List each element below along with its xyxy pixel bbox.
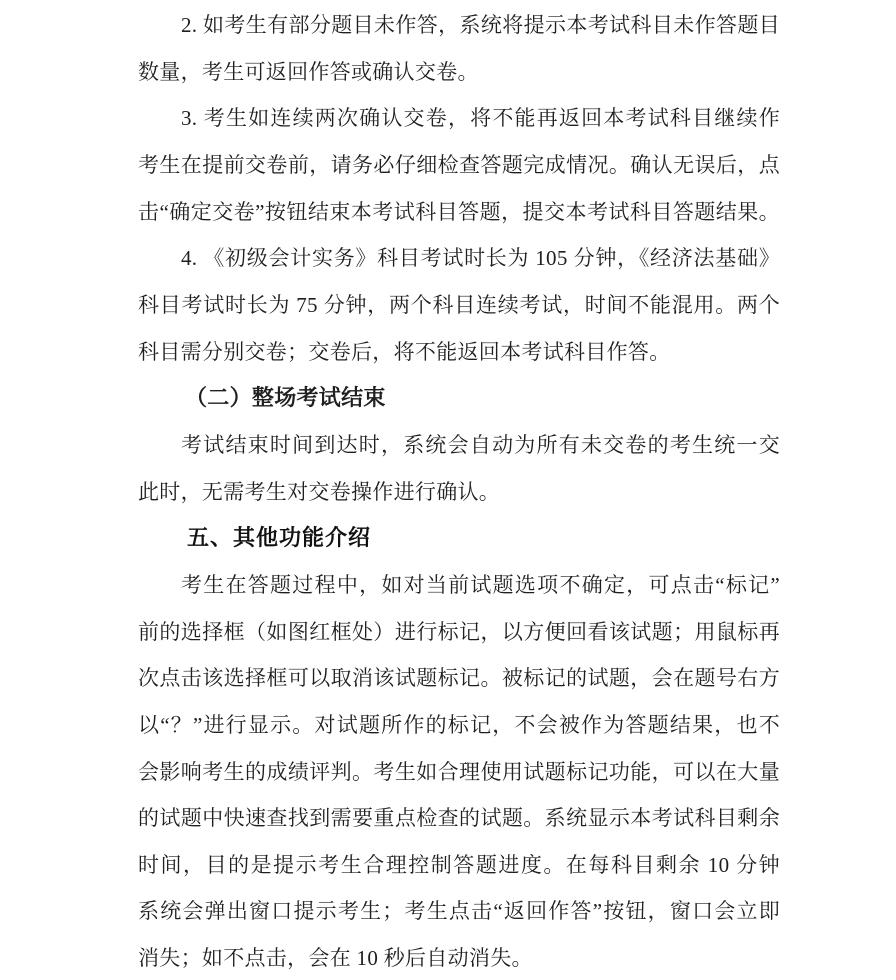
text-line: 考试结束时间到达时，系统会自动为所有未交卷的考生统一交卷。 bbox=[138, 422, 780, 469]
text-line: 科目考试时长为 75 分钟，两个科目连续考试，时间不能混用。两个 bbox=[138, 282, 780, 329]
text-line: 以“？”进行显示。对试题所作的标记，不会被作为答题结果，也不 bbox=[138, 702, 780, 749]
text-line: 此时，无需考生对交卷操作进行确认。 bbox=[138, 469, 780, 516]
text-line: 会影响考生的成绩评判。考生如合理使用试题标记功能，可以在大量 bbox=[138, 749, 780, 796]
subsection-heading: （二）整场考试结束 bbox=[138, 375, 780, 422]
text-line: 的试题中快速查找到需要重点检查的试题。系统显示本考试科目剩余 bbox=[138, 795, 780, 842]
text-line: 击“确定交卷”按钮结束本考试科目答题，提交本考试科目答题结果。 bbox=[138, 189, 780, 236]
text-line: 2. 如考生有部分题目未作答，系统将提示本考试科目未作答题目 bbox=[138, 2, 780, 49]
text-line: 考生在答题过程中，如对当前试题选项不确定，可点击“标记” bbox=[138, 562, 780, 609]
document-page: 2. 如考生有部分题目未作答，系统将提示本考试科目未作答题目 数量，考生可返回作… bbox=[0, 0, 896, 980]
text-line: 次点击该选择框可以取消该试题标记。被标记的试题，会在题号右方 bbox=[138, 655, 780, 702]
text-line: 消失；如不点击，会在 10 秒后自动消失。 bbox=[138, 935, 780, 980]
text-line: 数量，考生可返回作答或确认交卷。 bbox=[138, 49, 780, 96]
text-line: 3. 考生如连续两次确认交卷，将不能再返回本考试科目继续作答。 bbox=[138, 95, 780, 142]
text-line: 科目需分别交卷；交卷后，将不能返回本考试科目作答。 bbox=[138, 329, 780, 376]
text-line: 系统会弹出窗口提示考生；考生点击“返回作答”按钮，窗口会立即 bbox=[138, 888, 780, 935]
section-heading: 五、其他功能介绍 bbox=[138, 515, 780, 562]
text-line: 考生在提前交卷前，请务必仔细检查答题完成情况。确认无误后，点 bbox=[138, 142, 780, 189]
text-line: 时间，目的是提示考生合理控制答题进度。在每科目剩余 10 分钟时， bbox=[138, 842, 780, 889]
text-line: 前的选择框（如图红框处）进行标记，以方便回看该试题；用鼠标再 bbox=[138, 609, 780, 656]
document-text-column: 2. 如考生有部分题目未作答，系统将提示本考试科目未作答题目 数量，考生可返回作… bbox=[138, 2, 780, 980]
text-line: 4. 《初级会计实务》科目考试时长为 105 分钟，《经济法基础》 bbox=[138, 235, 780, 282]
